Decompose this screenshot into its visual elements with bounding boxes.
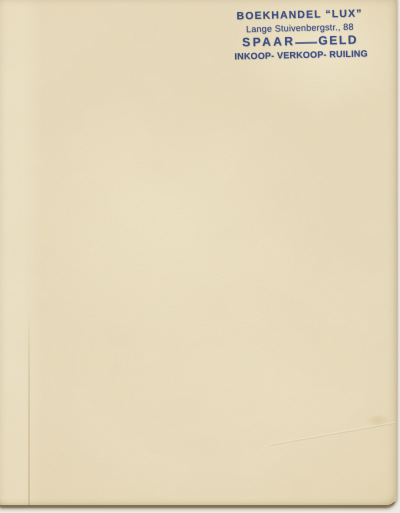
bookshop-stamp: BOEKHANDEL “LUX” Lange Stuivenbergstr., … bbox=[233, 9, 366, 61]
paper-texture bbox=[0, 0, 396, 505]
stamp-slogan-right: GELD bbox=[318, 32, 358, 47]
stamp-shop-name: BOEKHANDEL “LUX” bbox=[233, 9, 365, 22]
scanned-book-page: BOEKHANDEL “LUX” Lange Stuivenbergstr., … bbox=[0, 0, 400, 513]
stamp-slogan-left: SPAAR bbox=[242, 34, 295, 49]
paper-page: BOEKHANDEL “LUX” Lange Stuivenbergstr., … bbox=[0, 0, 397, 507]
stamp-services: INKOOP- VERKOOP- RUILING bbox=[234, 49, 366, 61]
stain-spot bbox=[365, 414, 391, 427]
crease-vertical bbox=[28, 307, 30, 507]
stamp-slogan: SPAARGELD bbox=[234, 33, 366, 48]
stamp-slogan-line bbox=[295, 39, 317, 43]
